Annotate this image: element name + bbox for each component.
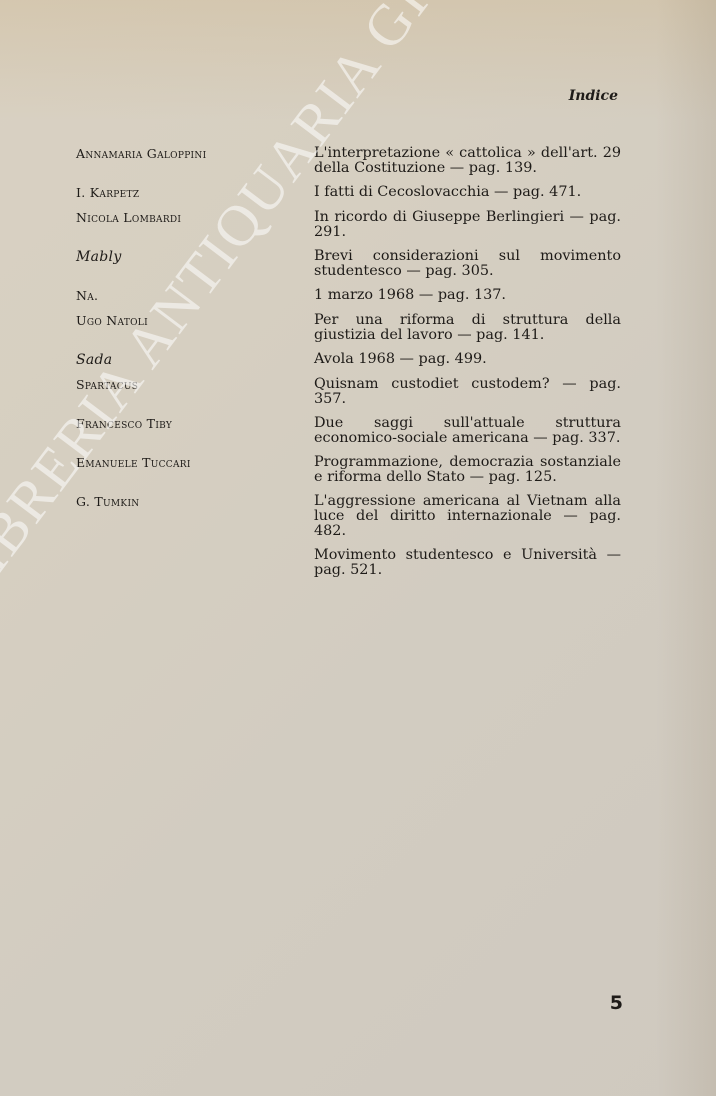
author-name: Ugo Natoli: [76, 313, 314, 343]
work-title: 1 marzo 1968 — pag. 137.: [314, 288, 621, 303]
index-entry: Nicola Lombardi In ricordo di Giuseppe B…: [76, 210, 621, 240]
index-entry: Emanuele Tuccari Programmazione, democra…: [76, 455, 621, 485]
index-entry: Annamaria Galoppini L'interpretazione « …: [76, 146, 621, 176]
author-name: I. Karpetz: [76, 185, 314, 201]
book-page: Indice Annamaria Galoppini L'interpretaz…: [0, 0, 716, 1096]
work-title: Quisnam custodiet custodem? — pag. 357.: [314, 377, 621, 407]
author-name: Spartacus: [76, 377, 314, 407]
author-name: Emanuele Tuccari: [76, 455, 314, 485]
work-title: Brevi considerazioni sul movimento stude…: [314, 249, 621, 279]
author-name: Sada: [76, 352, 314, 368]
index-entry: G. Tumkin L'aggressione americana al Vie…: [76, 494, 621, 578]
author-name: Nicola Lombardi: [76, 210, 314, 240]
author-name: Mably: [76, 249, 314, 279]
work-title: I fatti di Cecoslovacchia — pag. 471.: [314, 185, 621, 200]
work-title: Due saggi sull'attuale struttura economi…: [314, 416, 621, 446]
work-title: In ricordo di Giuseppe Berlingieri — pag…: [314, 210, 621, 240]
index-entry: Na. 1 marzo 1968 — pag. 137.: [76, 288, 621, 304]
author-name: Francesco Tiby: [76, 416, 314, 446]
index-entry: Mably Brevi considerazioni sul movimento…: [76, 249, 621, 279]
work-title: Programmazione, democrazia sostanziale e…: [314, 455, 621, 485]
work-title: Movimento studentesco e Università — pag…: [314, 548, 621, 578]
index-entry: Sada Avola 1968 — pag. 499.: [76, 352, 621, 368]
author-name: G. Tumkin: [76, 494, 314, 578]
work-title: L'interpretazione « cattolica » dell'art…: [314, 146, 621, 176]
page-number: 5: [610, 992, 623, 1014]
index-list: Annamaria Galoppini L'interpretazione « …: [76, 146, 621, 587]
index-entry: Francesco Tiby Due saggi sull'attuale st…: [76, 416, 621, 446]
work-title: Avola 1968 — pag. 499.: [314, 352, 621, 367]
index-entry: I. Karpetz I fatti di Cecoslovacchia — p…: [76, 185, 621, 201]
index-entry: Ugo Natoli Per una riforma di struttura …: [76, 313, 621, 343]
author-name: Na.: [76, 288, 314, 304]
author-name: Annamaria Galoppini: [76, 146, 314, 176]
work-title: Per una riforma di struttura della giust…: [314, 313, 621, 343]
running-head: Indice: [569, 88, 618, 104]
paper-shading-right: [656, 0, 716, 1096]
index-entry: Spartacus Quisnam custodiet custodem? — …: [76, 377, 621, 407]
work-title: L'aggressione americana al Vietnam alla …: [314, 494, 621, 539]
